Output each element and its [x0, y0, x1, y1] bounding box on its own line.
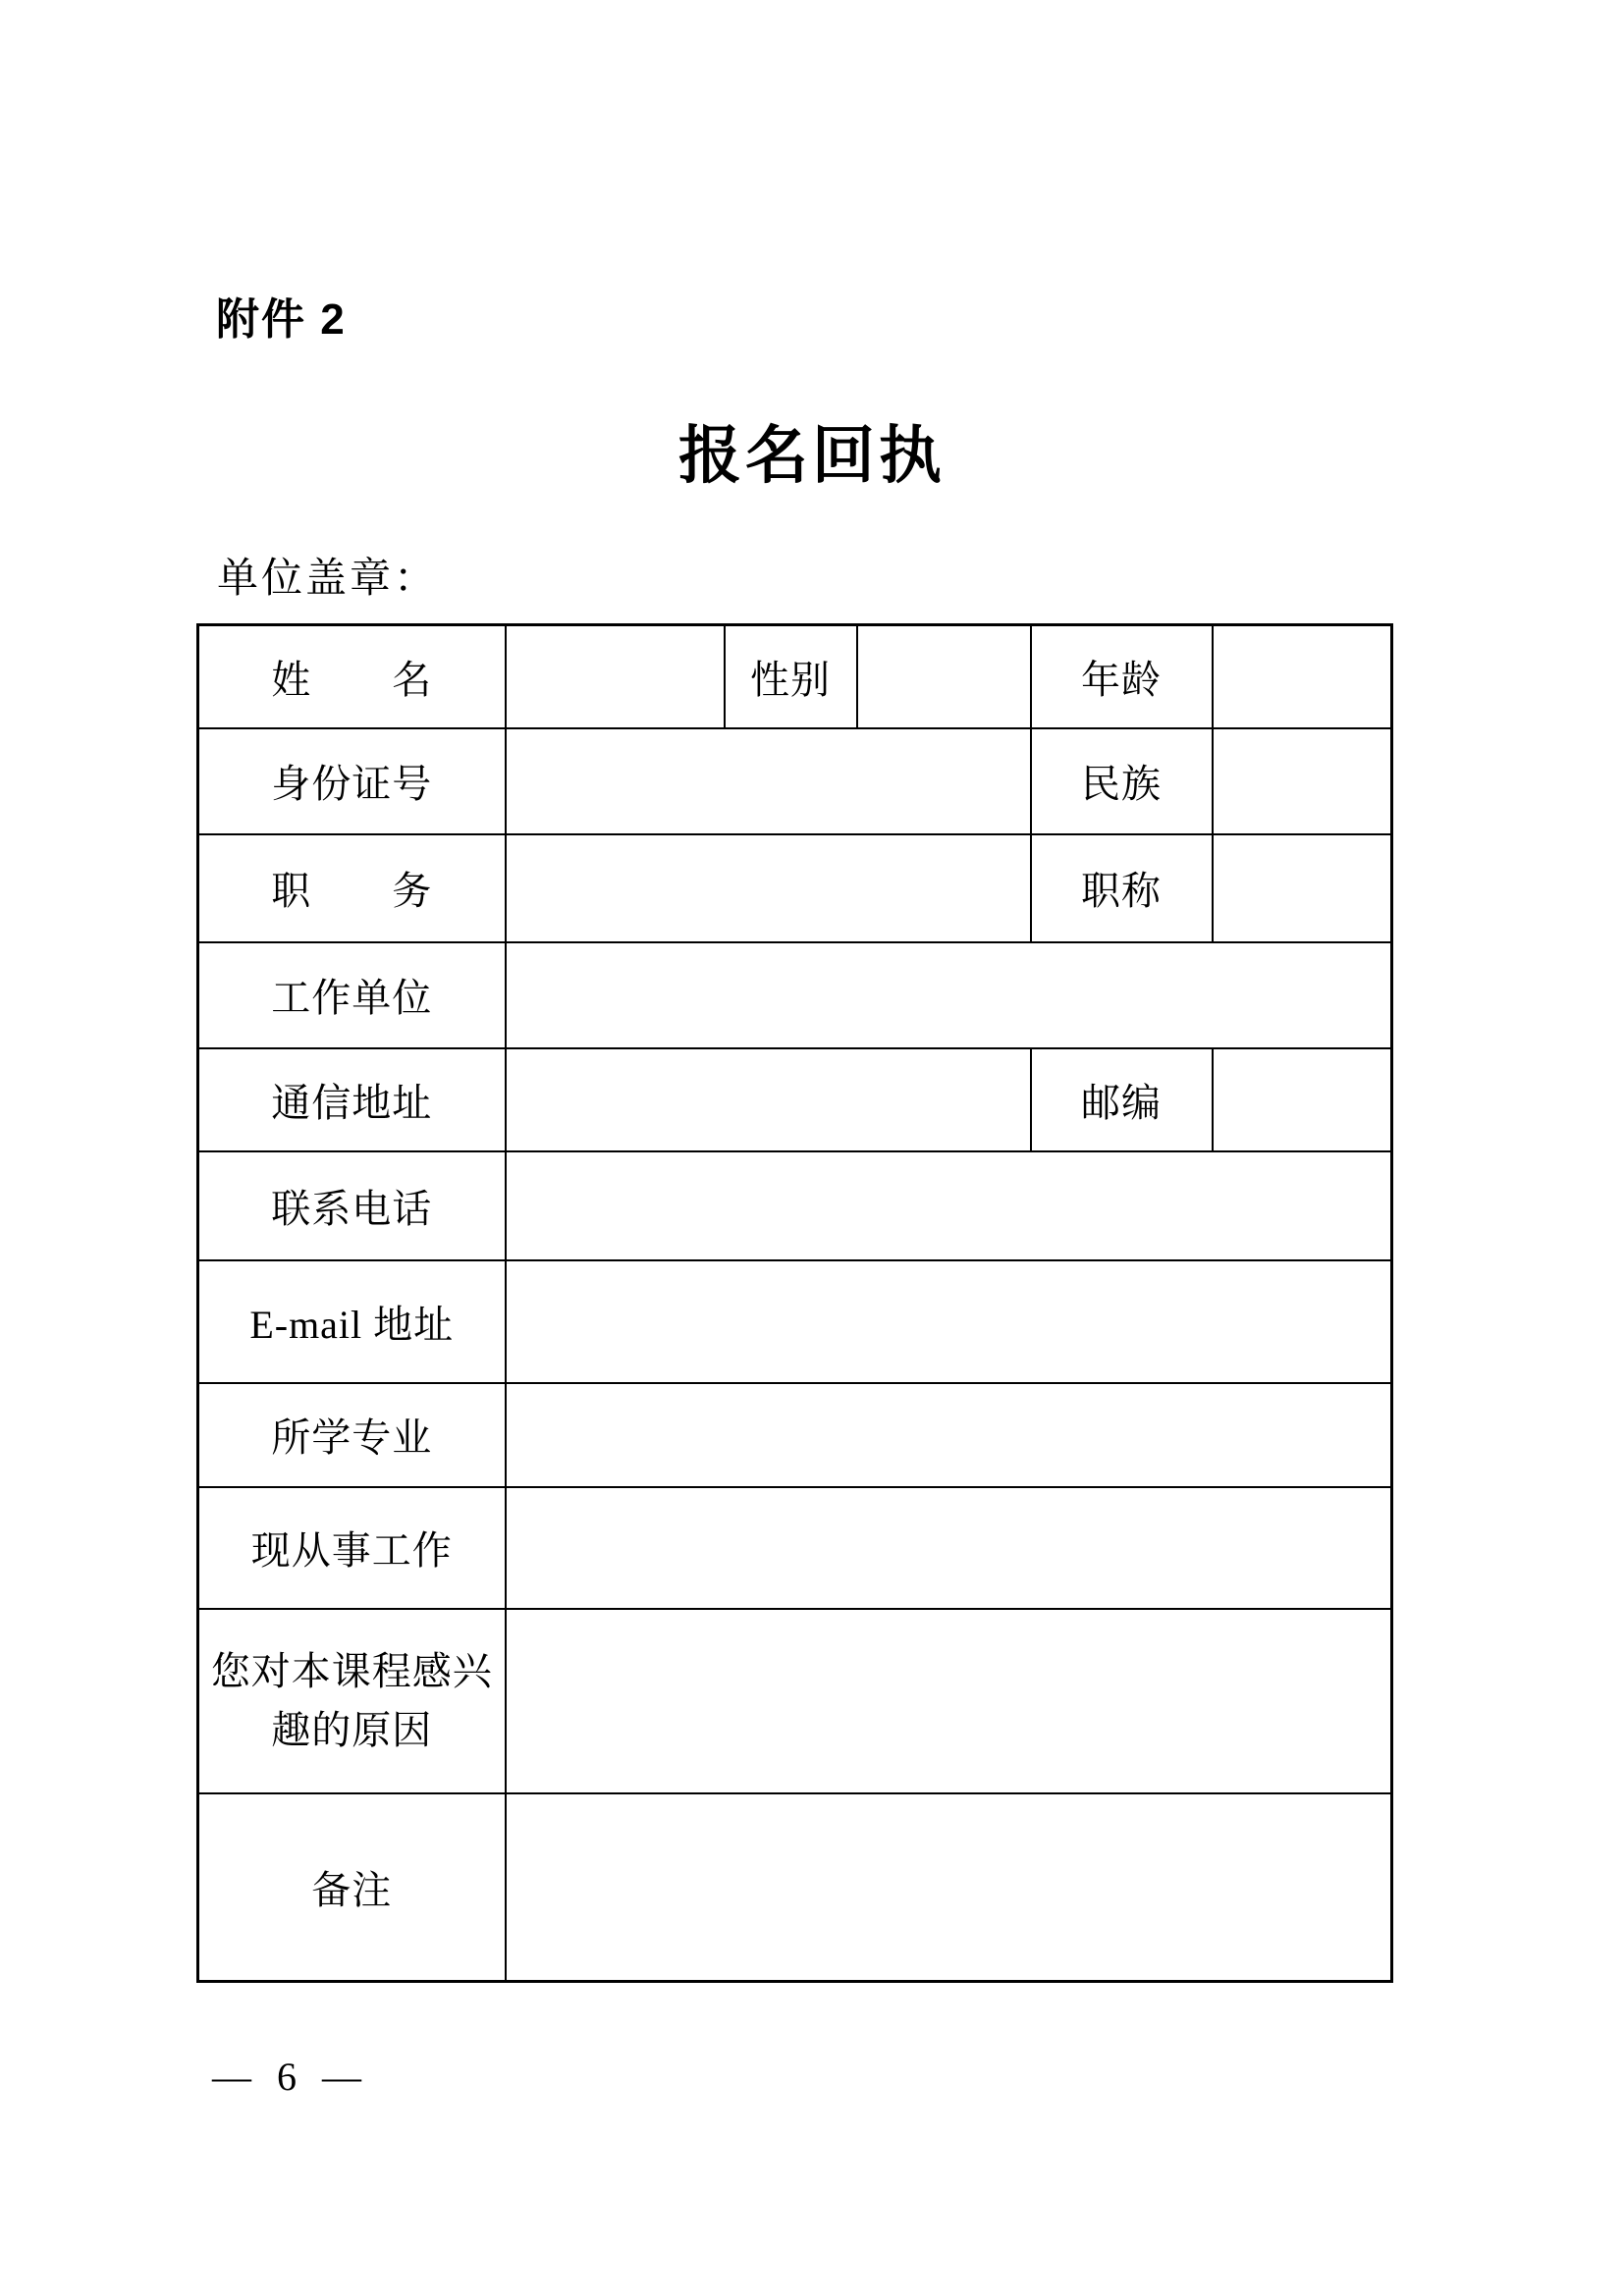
- field-input-work-unit: [506, 942, 1392, 1048]
- attachment-label: 附件 2: [216, 296, 347, 344]
- field-input-gender: [857, 625, 1031, 728]
- field-input-email: [506, 1260, 1392, 1383]
- field-input-ethnicity: [1213, 728, 1392, 834]
- page-number: — 6 —: [212, 2056, 369, 2099]
- document-page: 附件 2 报名回执 单位盖章： 姓 名 性别 年龄 身份证号 民族: [0, 0, 1624, 2296]
- field-label-name: 姓 名: [198, 625, 506, 728]
- table-row-id-ethnicity: 身份证号 民族: [198, 728, 1392, 834]
- field-label-id-number: 身份证号: [198, 728, 506, 834]
- field-label-phone: 联系电话: [198, 1151, 506, 1260]
- field-label-job-title: 职称: [1031, 834, 1213, 942]
- field-input-id-number: [506, 728, 1031, 834]
- field-label-remarks: 备注: [198, 1793, 506, 1982]
- table-row-work-unit: 工作单位: [198, 942, 1392, 1048]
- field-input-name: [506, 625, 725, 728]
- table-row-interest-reason: 您对本课程感兴 趣的原因: [198, 1609, 1392, 1793]
- table-row-email: E-mail 地址: [198, 1260, 1392, 1383]
- field-label-interest-reason: 您对本课程感兴 趣的原因: [198, 1609, 506, 1793]
- table-row-name-gender-age: 姓 名 性别 年龄: [198, 625, 1392, 728]
- field-label-ethnicity: 民族: [1031, 728, 1213, 834]
- interest-reason-label-line2: 趣的原因: [199, 1701, 505, 1760]
- field-input-remarks: [506, 1793, 1392, 1982]
- field-label-major: 所学专业: [198, 1383, 506, 1487]
- field-label-work-unit: 工作单位: [198, 942, 506, 1048]
- field-input-phone: [506, 1151, 1392, 1260]
- field-input-age: [1213, 625, 1392, 728]
- table-row-position-title: 职 务 职称: [198, 834, 1392, 942]
- table-row-phone: 联系电话: [198, 1151, 1392, 1260]
- field-input-position: [506, 834, 1031, 942]
- field-input-major: [506, 1383, 1392, 1487]
- field-input-mailing-address: [506, 1048, 1031, 1151]
- table-row-remarks: 备注: [198, 1793, 1392, 1982]
- field-label-postal-code: 邮编: [1031, 1048, 1213, 1151]
- table-row-current-work: 现从事工作: [198, 1487, 1392, 1609]
- field-input-interest-reason: [506, 1609, 1392, 1793]
- field-label-position: 职 务: [198, 834, 506, 942]
- field-input-postal-code: [1213, 1048, 1392, 1151]
- field-label-current-work: 现从事工作: [198, 1487, 506, 1609]
- table-row-major: 所学专业: [198, 1383, 1392, 1487]
- seal-label: 单位盖章：: [217, 556, 438, 603]
- interest-reason-label-line1: 您对本课程感兴: [199, 1642, 505, 1701]
- page-title: 报名回执: [0, 422, 1624, 491]
- field-label-gender: 性别: [725, 625, 857, 728]
- field-label-age: 年龄: [1031, 625, 1213, 728]
- field-input-job-title: [1213, 834, 1392, 942]
- table-row-address-postal: 通信地址 邮编: [198, 1048, 1392, 1151]
- field-label-email: E-mail 地址: [198, 1260, 506, 1383]
- field-input-current-work: [506, 1487, 1392, 1609]
- field-label-mailing-address: 通信地址: [198, 1048, 506, 1151]
- registration-form-table: 姓 名 性别 年龄 身份证号 民族 职 务 职称 工作单位: [196, 623, 1393, 1983]
